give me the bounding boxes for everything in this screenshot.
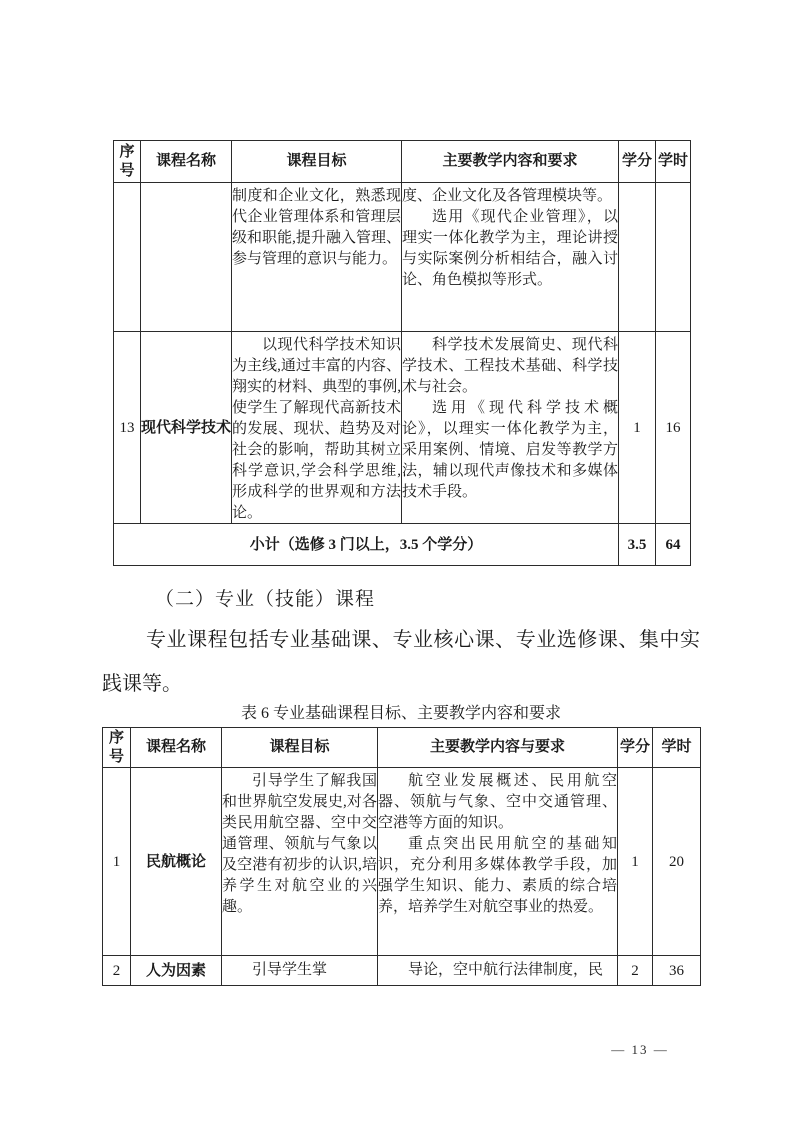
cell-content: 航空业发展概述、民用航空器、领航与气象、空中交通管理、空港等方面的知识。 重点突…: [378, 768, 618, 956]
table-header-row: 序号 课程名称 课程目标 主要教学内容与要求 学分 学时: [103, 728, 701, 768]
col-header-course-goal: 课程目标: [222, 728, 378, 768]
cell-no: 1: [103, 768, 131, 956]
col-header-content: 主要教学内容和要求: [402, 141, 619, 183]
col-header-hours: 学时: [653, 728, 701, 768]
document-page: 序号 课程名称 课程目标 主要教学内容和要求 学分 学时 制度和企业文化，熟悉现…: [0, 0, 793, 1122]
table-row: 2 人为因素 引导学生掌 导论，空中航行法律制度，民 2 36: [103, 956, 701, 986]
content-paragraph: 选用《现代科学技术概论》，以理实一体化教学为主，采用案例、情境、启发等教学方法，…: [402, 398, 618, 503]
cell-content: 导论，空中航行法律制度，民: [378, 956, 618, 986]
table-row: 制度和企业文化，熟悉现代企业管理体系和管理层级和职能,提升融入管理、参与管理的意…: [114, 183, 691, 332]
goal-paragraph: 引导学生掌: [222, 960, 377, 981]
content-paragraph: 度、企业文化及各管理模块等。: [402, 186, 618, 207]
cell-no: 13: [114, 332, 141, 524]
table-row: 13 现代科学技术 以现代科学技术知识为主线,通过丰富的内容、翔实的材料、典型的…: [114, 332, 691, 524]
cell-hours: 16: [656, 332, 691, 524]
subtotal-credit: 3.5: [619, 524, 656, 566]
col-header-content: 主要教学内容与要求: [378, 728, 618, 768]
cell-course-goal: 引导学生了解我国和世界航空发展史,对各类民用航空器、空中交通管理、领航与气象以及…: [222, 768, 378, 956]
goal-paragraph: 以现代科学技术知识为主线,通过丰富的内容、翔实的材料、典型的事例,使学生了解现代…: [232, 335, 401, 521]
col-header-course-name: 课程名称: [131, 728, 222, 768]
section-heading: （二）专业（技能）课程: [155, 584, 375, 611]
content-paragraph: 航空业发展概述、民用航空器、领航与气象、空中交通管理、空港等方面的知识。: [378, 771, 617, 834]
col-header-course-goal: 课程目标: [232, 141, 402, 183]
col-header-no: 序号: [103, 728, 131, 768]
table6-caption: 表 6 专业基础课程目标、主要教学内容和要求: [102, 700, 700, 723]
content-paragraph: 重点突出民用航空的基础知识，充分利用多媒体教学手段，加强学生知识、能力、素质的综…: [378, 834, 617, 918]
cell-credit: 2: [618, 956, 653, 986]
cell-course-name: 人为因素: [131, 956, 222, 986]
content-paragraph: 选用《现代企业管理》，以理实一体化教学为主，理论讲授与实际案例分析相结合，融入讨…: [402, 207, 618, 291]
cell-course-name: 民航概论: [131, 768, 222, 956]
content-paragraph: 导论，空中航行法律制度，民: [378, 960, 617, 981]
cell-no: 2: [103, 956, 131, 986]
cell-hours: [656, 183, 691, 332]
cell-course-name: [141, 183, 232, 332]
col-header-credit: 学分: [619, 141, 656, 183]
cell-hours: 20: [653, 768, 701, 956]
cell-course-goal: 引导学生掌: [222, 956, 378, 986]
subtotal-row: 小计（选修 3 门以上，3.5 个学分） 3.5 64: [114, 524, 691, 566]
cell-course-goal: 以现代科学技术知识为主线,通过丰富的内容、翔实的材料、典型的事例,使学生了解现代…: [232, 332, 402, 524]
section-paragraph: 专业课程包括专业基础课、专业核心课、专业选修课、集中实践课等。: [102, 618, 700, 706]
cell-no: [114, 183, 141, 332]
goal-paragraph: 制度和企业文化，熟悉现代企业管理体系和管理层级和职能,提升融入管理、参与管理的意…: [232, 186, 401, 270]
col-header-hours: 学时: [656, 141, 691, 183]
cell-content: 度、企业文化及各管理模块等。 选用《现代企业管理》，以理实一体化教学为主，理论讲…: [402, 183, 619, 332]
goal-paragraph: 引导学生了解我国和世界航空发展史,对各类民用航空器、空中交通管理、领航与气象以及…: [222, 771, 377, 918]
cell-credit: 1: [618, 768, 653, 956]
elective-courses-table: 序号 课程名称 课程目标 主要教学内容和要求 学分 学时 制度和企业文化，熟悉现…: [113, 140, 691, 566]
col-header-no: 序号: [114, 141, 141, 183]
content-paragraph: 科学技术发展简史、现代科学技术、工程技术基础、科学技术与社会。: [402, 335, 618, 398]
cell-course-goal: 制度和企业文化，熟悉现代企业管理体系和管理层级和职能,提升融入管理、参与管理的意…: [232, 183, 402, 332]
page-number: — 13 —: [570, 1042, 710, 1058]
professional-basic-courses-table: 序号 课程名称 课程目标 主要教学内容与要求 学分 学时 1 民航概论 引导学生…: [102, 727, 701, 986]
cell-course-name: 现代科学技术: [141, 332, 232, 524]
col-header-credit: 学分: [618, 728, 653, 768]
cell-credit: [619, 183, 656, 332]
cell-hours: 36: [653, 956, 701, 986]
cell-content: 科学技术发展简史、现代科学技术、工程技术基础、科学技术与社会。 选用《现代科学技…: [402, 332, 619, 524]
cell-credit: 1: [619, 332, 656, 524]
subtotal-hours: 64: [656, 524, 691, 566]
subtotal-label: 小计（选修 3 门以上，3.5 个学分）: [114, 524, 619, 566]
col-header-course-name: 课程名称: [141, 141, 232, 183]
table-row: 1 民航概论 引导学生了解我国和世界航空发展史,对各类民用航空器、空中交通管理、…: [103, 768, 701, 956]
table-header-row: 序号 课程名称 课程目标 主要教学内容和要求 学分 学时: [114, 141, 691, 183]
